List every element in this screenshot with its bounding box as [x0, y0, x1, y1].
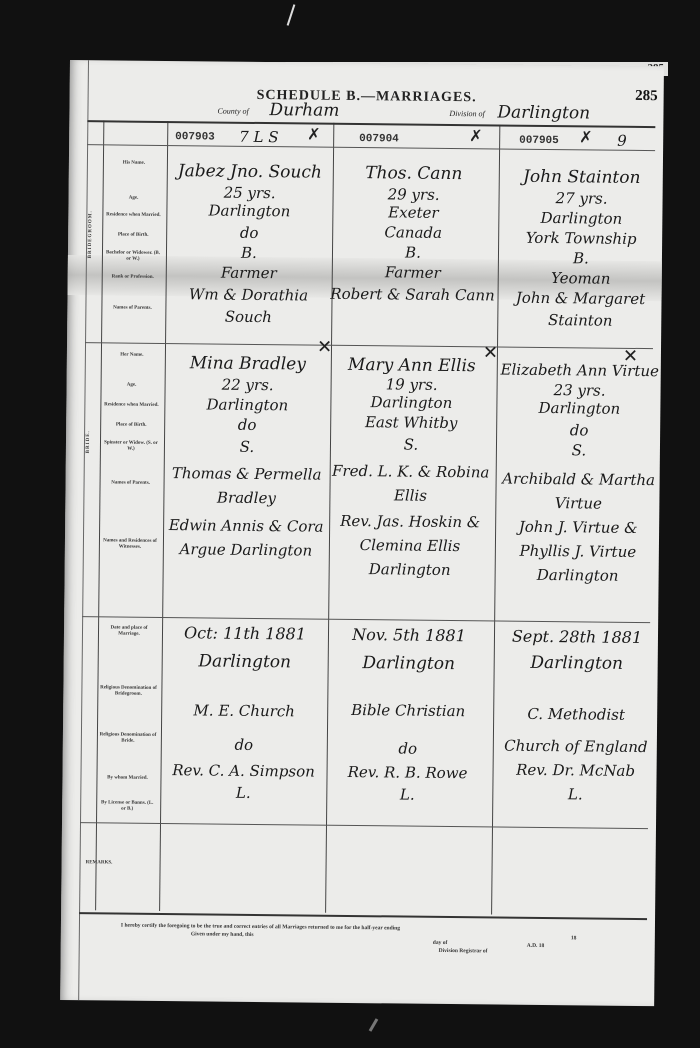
- bride-side-label: BRIDE.: [86, 430, 91, 453]
- row-label: Her Name.: [103, 352, 161, 359]
- groom-parents: Robert & Sarah Cann: [329, 283, 495, 307]
- bride-age: 19 yrs.: [329, 375, 495, 395]
- row-rule: [85, 342, 653, 349]
- bride-name: Mary Ann Ellis: [329, 355, 495, 377]
- religion-bride: do: [161, 735, 327, 755]
- register-page: SCHEDULE B.—MARRIAGES. 285 County of Dur…: [60, 60, 664, 1006]
- row-label: Religious Denomination of Bridegroom.: [99, 685, 157, 698]
- groom-residence: Exeter: [330, 203, 496, 223]
- bride-parents: Thomas & Permella Bradley: [163, 461, 329, 511]
- license-or-banns: L.: [324, 785, 490, 805]
- groom-residence: Darlington: [166, 201, 332, 221]
- row-label: Place of Birth.: [104, 232, 162, 239]
- groom-status: B.: [330, 243, 496, 263]
- registration-number: 007904: [359, 133, 399, 145]
- row-label: By whom Married.: [98, 775, 156, 782]
- row-label: Religious Denomination of Bride.: [99, 732, 157, 745]
- bride-birthplace: East Whitby: [328, 413, 494, 433]
- bride-birthplace: do: [496, 420, 662, 440]
- witnesses: Edwin Annis & Cora Argue Darlington: [163, 513, 329, 563]
- certification-year: 18: [571, 935, 577, 941]
- groom-age: 29 yrs.: [331, 185, 497, 205]
- row-label: His Name.: [105, 160, 163, 167]
- row-label: Names and Residences of Witnesses.: [101, 538, 159, 551]
- cross-mark: ✗: [307, 124, 321, 144]
- certification-day-of: day of: [433, 940, 448, 946]
- margin-rule: [78, 60, 89, 1000]
- cross-mark: ✗: [469, 126, 483, 146]
- row-label: Age.: [105, 195, 163, 202]
- bride-residence: Darlington: [328, 393, 494, 413]
- license-or-banns: L.: [492, 784, 658, 804]
- bride-residence: Darlington: [496, 398, 662, 418]
- remarks-label: REMARKS.: [86, 860, 113, 865]
- footer-rule: [79, 912, 647, 920]
- row-rule: [80, 822, 648, 829]
- bride-status: S.: [496, 440, 662, 460]
- groom-name: John Stainton: [499, 166, 665, 188]
- marriage-date: Nov. 5th 1881: [326, 625, 492, 646]
- county-value: Durham: [269, 100, 339, 121]
- religion-groom: M. E. Church: [161, 701, 327, 721]
- entry-annotation: 7 L S: [239, 128, 279, 146]
- certification-registrar: Division Registrar of: [439, 948, 488, 955]
- bride-status: S.: [164, 437, 330, 457]
- county-label: County of: [217, 107, 248, 116]
- row-label: Names of Parents.: [102, 480, 160, 487]
- groom-status: B.: [166, 243, 332, 263]
- married-by: Rev. Dr. McNab: [492, 760, 658, 780]
- row-label: Spinster or Widow. (S. or W.): [102, 440, 160, 453]
- religion-groom: Bible Christian: [325, 701, 491, 721]
- groom-residence: Darlington: [498, 208, 664, 228]
- groom-status: B.: [498, 248, 664, 268]
- row-label: Bachelor or Widower. (B. or W.): [104, 250, 162, 263]
- film-scratch: [369, 1018, 379, 1032]
- certification-ad: A.D. 18: [527, 943, 545, 949]
- bride-residence: Darlington: [164, 395, 330, 415]
- row-label: Residence when Married.: [104, 212, 162, 219]
- bridegroom-side-label: BRIDEGROOM.: [88, 210, 94, 258]
- groom-name: Jabez Jno. Souch: [167, 161, 333, 183]
- marriage-place: Darlington: [162, 651, 328, 673]
- religion-groom: C. Methodist: [493, 704, 659, 724]
- bride-status: S.: [328, 435, 494, 455]
- bride-age: 22 yrs.: [165, 375, 331, 395]
- witnesses: John J. Virtue & Phyllis J. Virtue Darli…: [495, 514, 662, 588]
- bride-name: Elizabeth Ann Virtue: [497, 360, 663, 380]
- religion-bride: Church of England: [493, 736, 659, 756]
- row-label: By License or Banns. (L. or B.): [98, 800, 156, 813]
- groom-birthplace: York Township: [498, 228, 664, 248]
- row-label: Residence when Married.: [102, 402, 160, 409]
- label-column-rule: [95, 120, 104, 910]
- film-scratch: [287, 4, 296, 26]
- groom-parents: John & Margaret Stainton: [497, 286, 663, 332]
- bride-name: Mina Bradley: [165, 353, 331, 375]
- division-value: Darlington: [497, 102, 590, 123]
- certification-text: I hereby certify the foregoing to be the…: [121, 923, 400, 932]
- married-by: Rev. R. B. Rowe: [324, 763, 490, 783]
- row-label: Place of Birth.: [102, 422, 160, 429]
- groom-birthplace: do: [166, 223, 332, 243]
- groom-birthplace: Canada: [330, 223, 496, 243]
- row-label: Age.: [103, 382, 161, 389]
- groom-age: 25 yrs.: [167, 183, 333, 203]
- row-label: Names of Parents.: [103, 305, 161, 312]
- marriage-place: Darlington: [494, 652, 660, 674]
- marriage-place: Darlington: [326, 653, 492, 675]
- marriage-date: Sept. 28th 1881: [494, 626, 660, 647]
- bride-age: 23 yrs.: [496, 380, 662, 400]
- cross-mark: ✗: [579, 127, 593, 147]
- registration-number: 007903: [175, 131, 215, 143]
- page-number: 285: [635, 88, 658, 105]
- religion-bride: do: [325, 739, 491, 759]
- bride-birthplace: do: [164, 415, 330, 435]
- marriage-date: Oct: 11th 1881: [162, 623, 328, 644]
- license-or-banns: L.: [160, 783, 326, 803]
- witnesses: Rev. Jas. Hoskin & Clemina Ellis Darling…: [327, 509, 494, 583]
- groom-rank: Yeoman: [498, 268, 664, 288]
- married-by: Rev. C. A. Simpson: [160, 761, 326, 781]
- groom-name: Thos. Cann: [331, 163, 497, 185]
- row-label: Date and place of Marriage.: [100, 625, 158, 638]
- bride-parents: Fred. L. K. & Robina Ellis: [327, 459, 493, 509]
- groom-age: 27 yrs.: [498, 188, 664, 208]
- groom-parents: Wm & Dorathia Souch: [165, 283, 331, 329]
- groom-rank: Farmer: [330, 263, 496, 283]
- registration-number: 007905: [519, 135, 559, 147]
- entry-annotation: 9: [617, 132, 627, 150]
- certification-given: Given under my hand, this: [191, 931, 254, 938]
- bride-parents: Archibald & Martha Virtue: [495, 466, 661, 516]
- row-label: Rank or Profession.: [104, 274, 162, 281]
- groom-rank: Farmer: [166, 263, 332, 283]
- division-label: Division of: [449, 109, 484, 118]
- row-rule: [87, 144, 655, 151]
